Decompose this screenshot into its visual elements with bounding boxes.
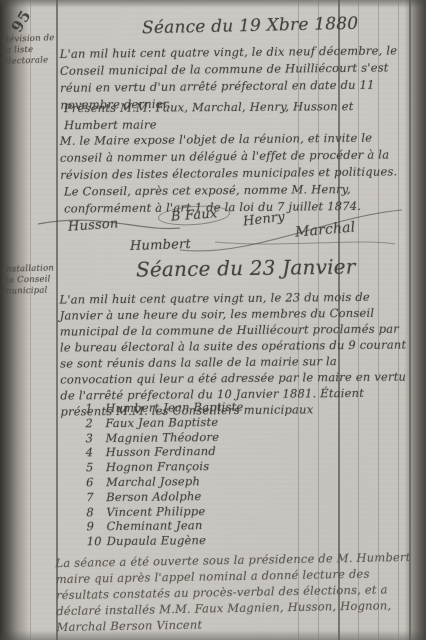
seance-1-paragraph-decision: Le Conseil, après cet exposé, nomme M. H… bbox=[64, 180, 414, 217]
member-number: 6 bbox=[86, 475, 106, 490]
member-number: 5 bbox=[86, 460, 106, 475]
member-number: 1 bbox=[85, 401, 105, 416]
council-members-list: 1 Humbert Jean Baptiste 2 Faux Jean Bapt… bbox=[85, 399, 337, 550]
signature-husson: Husson bbox=[68, 216, 119, 234]
member-name: Dupaula Eugène bbox=[107, 532, 337, 549]
member-number: 2 bbox=[85, 416, 105, 431]
seance-2-closing-paragraph: La séance a été ouverte sous la présiden… bbox=[55, 549, 412, 635]
member-number: 4 bbox=[86, 445, 106, 460]
signature-humbert: Humbert bbox=[130, 237, 191, 254]
seance-1-paragraph-object: M. le Maire expose l'objet de la réunion… bbox=[60, 129, 419, 184]
binding-shadow bbox=[0, 0, 30, 640]
page-top-edge bbox=[0, 0, 426, 8]
seance-1-title: Séance du 19 Xbre 1880 bbox=[142, 14, 359, 39]
margin-note-installation: Installation du Conseil municipal bbox=[3, 263, 56, 297]
council-member-row: 10 Dupaula Eugène bbox=[87, 532, 337, 549]
member-number: 8 bbox=[86, 505, 106, 520]
seance-2-title: Séance du 23 Janvier bbox=[136, 254, 356, 281]
signature-marchal: Marchal bbox=[294, 219, 356, 240]
margin-note-revision: Révision de la liste électorale bbox=[2, 33, 55, 68]
margin-ruled-line bbox=[56, 0, 58, 640]
ruled-line bbox=[30, 0, 31, 640]
seance-1-paragraph-presents: Présents M.M. Faux, Marchal, Henry, Huss… bbox=[64, 98, 394, 134]
member-number: 7 bbox=[86, 490, 106, 505]
member-number: 3 bbox=[86, 431, 106, 446]
member-number: 9 bbox=[86, 519, 106, 534]
member-number: 10 bbox=[87, 534, 107, 549]
register-page-scan: 95 Révision de la liste électorale Séanc… bbox=[0, 0, 426, 640]
